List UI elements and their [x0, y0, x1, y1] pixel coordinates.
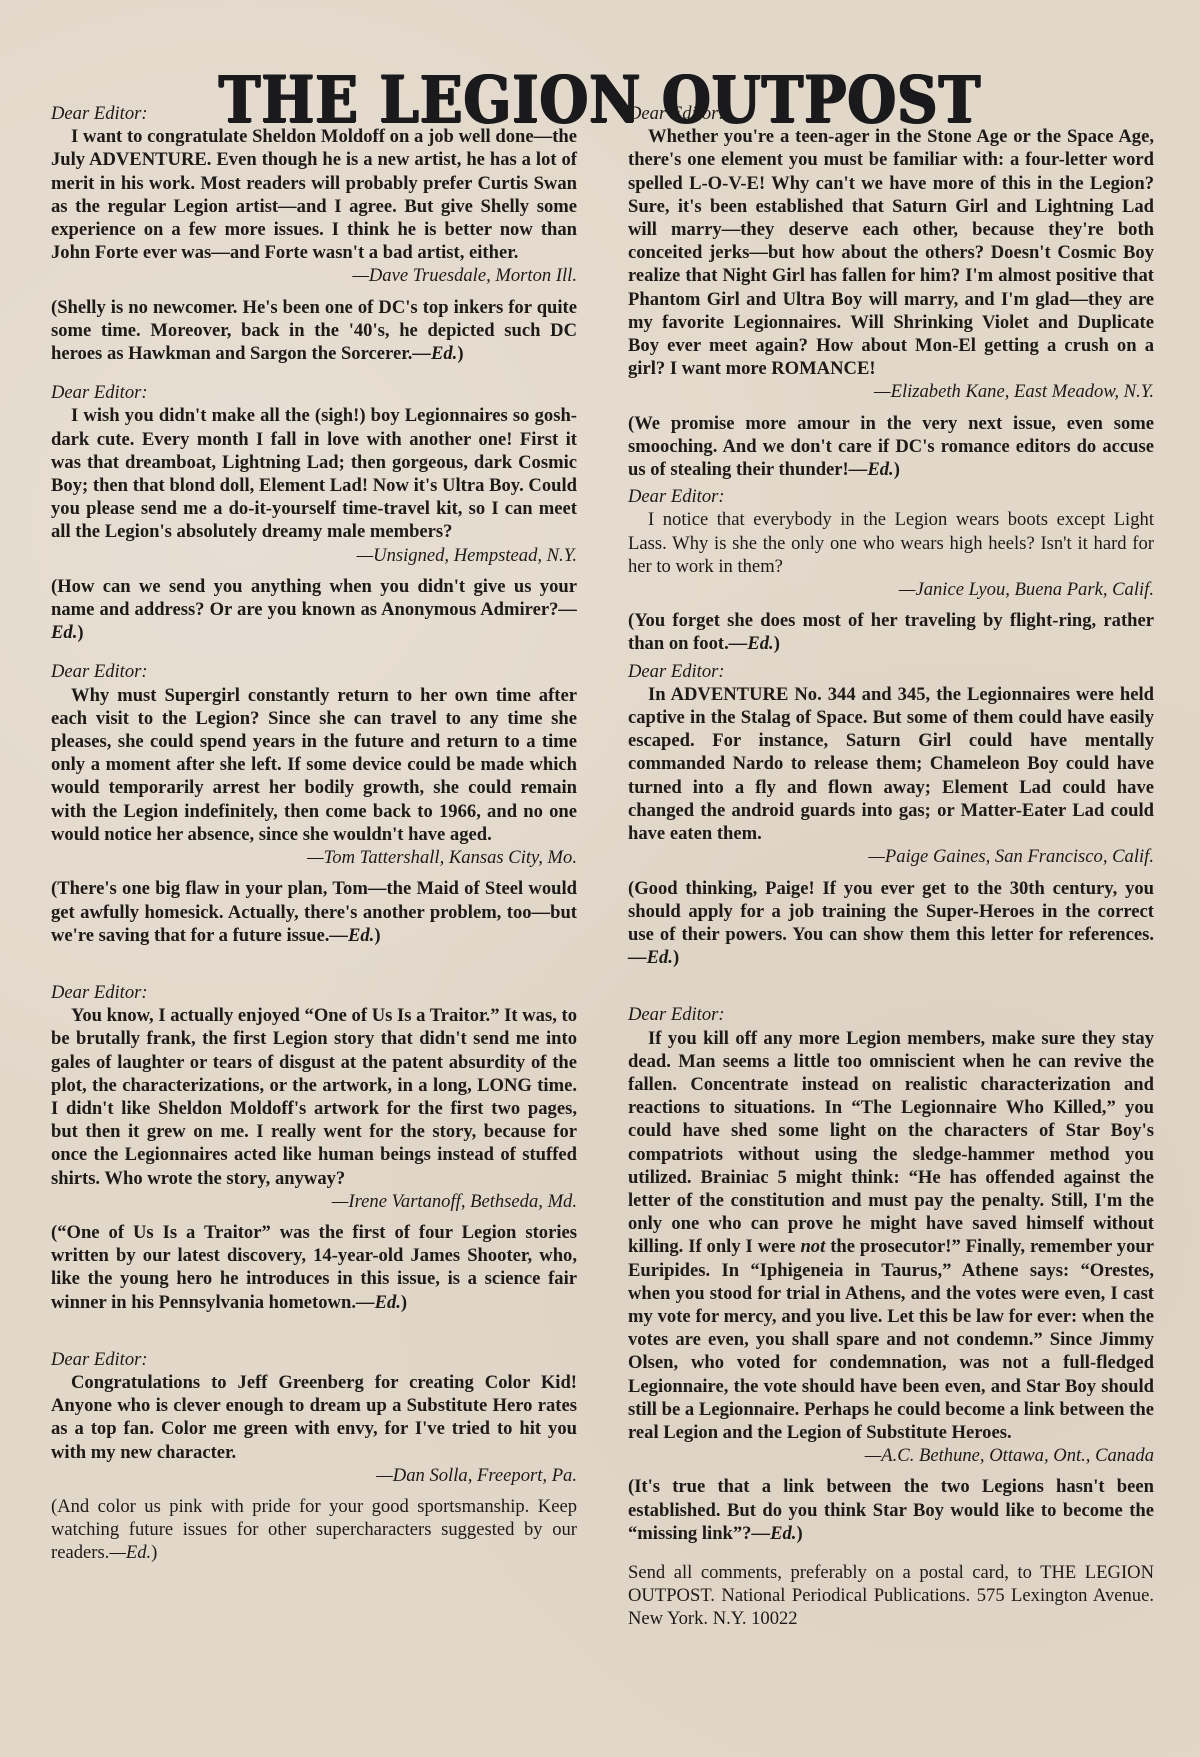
letter-body: Why must Supergirl constantly return to … — [51, 684, 577, 846]
letter: Dear Editor: Congratulations to Jeff Gre… — [51, 1348, 577, 1565]
letter: Dear Editor: Why must Supergirl constant… — [51, 660, 577, 946]
editor-reply-close: ) — [374, 925, 380, 946]
editor-reply-sign: —Ed. — [109, 1542, 151, 1563]
letter-body: I notice that everybody in the Legion we… — [628, 508, 1154, 578]
editor-reply-text: (Shelly is no newcomer. He's been one of… — [51, 297, 577, 364]
letter: Dear Editor: You know, I actually enjoye… — [51, 981, 577, 1314]
editor-reply-sign: —Ed. — [356, 1292, 401, 1313]
letter: Dear Editor: Whether you're a teen-ager … — [628, 102, 1154, 481]
editor-reply-text: (There's one big flaw in your plan, Tom—… — [51, 878, 577, 945]
letter: Dear Editor: I notice that everybody in … — [628, 485, 1154, 655]
editor-reply-close: ) — [457, 343, 463, 364]
editor-reply-sign: —Ed. — [849, 459, 894, 480]
editor-reply-text: (How can we send you anything when you d… — [51, 576, 577, 620]
editor-reply: (And color us pink with pride for your g… — [51, 1495, 577, 1565]
letter-signature: —Dan Solla, Freeport, Pa. — [51, 1464, 577, 1487]
letter-body: You know, I actually enjoyed “One of Us … — [51, 1004, 577, 1190]
letter-salutation: Dear Editor: — [51, 102, 577, 125]
editor-reply-sign: —Ed. — [628, 947, 673, 968]
letter: Dear Editor: In ADVENTURE No. 344 and 34… — [628, 660, 1154, 970]
letter-signature: —Irene Vartanoff, Bethseda, Md. — [51, 1190, 577, 1213]
left-column: Dear Editor: I want to congratulate Shel… — [51, 102, 577, 1581]
editor-reply-close: ) — [77, 622, 83, 643]
editor-reply-close: ) — [894, 459, 900, 480]
letter-salutation: Dear Editor: — [51, 660, 577, 683]
editor-reply-close: ) — [151, 1542, 157, 1563]
letter-salutation: Dear Editor: — [51, 381, 577, 404]
editor-reply-text: (“One of Us Is a Traitor” was the first … — [51, 1222, 577, 1313]
editor-reply: (Shelly is no newcomer. He's been one of… — [51, 296, 577, 366]
letter-body: If you kill off any more Legion members,… — [628, 1027, 1154, 1445]
letter-salutation: Dear Editor: — [51, 981, 577, 1004]
editor-reply-sign: —Ed. — [751, 1523, 796, 1544]
letter-salutation: Dear Editor: — [51, 1348, 577, 1371]
editor-reply-sign: —Ed. — [412, 343, 457, 364]
letter-signature: —Elizabeth Kane, East Meadow, N.Y. — [628, 380, 1154, 403]
letter-salutation: Dear Editor: — [628, 1003, 1154, 1026]
letter-body-text: the prosecutor!” Finally, remember your … — [628, 1236, 1154, 1443]
letter: Dear Editor: If you kill off any more Le… — [628, 1003, 1154, 1545]
letter-body: Whether you're a teen-ager in the Stone … — [628, 125, 1154, 380]
editor-reply: (How can we send you anything when you d… — [51, 575, 577, 645]
editor-reply-text: (You forget she does most of her traveli… — [628, 610, 1154, 654]
letter-signature: —Tom Tattershall, Kansas City, Mo. — [51, 846, 577, 869]
editor-reply: (You forget she does most of her traveli… — [628, 609, 1154, 655]
letter: Dear Editor: I want to congratulate Shel… — [51, 102, 577, 365]
letter-body: I want to congratulate Sheldon Moldoff o… — [51, 125, 577, 264]
editor-reply-sign: —Ed. — [329, 925, 374, 946]
letter-signature: —Paige Gaines, San Francisco, Calif. — [628, 845, 1154, 868]
letter-signature: —Janice Lyou, Buena Park, Calif. — [628, 578, 1154, 601]
letter-body-text: If you kill off any more Legion members,… — [628, 1028, 1154, 1258]
letter-salutation: Dear Editor: — [628, 102, 1154, 125]
letter-signature: —Dave Truesdale, Morton Ill. — [51, 264, 577, 287]
editor-reply: (There's one big flaw in your plan, Tom—… — [51, 877, 577, 947]
right-column: Dear Editor: Whether you're a teen-ager … — [628, 102, 1154, 1631]
editor-reply-close: ) — [774, 633, 780, 654]
letter-body-emphasis: not — [800, 1236, 825, 1257]
editor-reply: (“One of Us Is a Traitor” was the first … — [51, 1221, 577, 1314]
letter-body: I wish you didn't make all the (sigh!) b… — [51, 404, 577, 543]
letter-salutation: Dear Editor: — [628, 485, 1154, 508]
letter: Dear Editor: I wish you didn't make all … — [51, 381, 577, 644]
letter-body: In ADVENTURE No. 344 and 345, the Legion… — [628, 683, 1154, 845]
editor-reply-sign: —Ed. — [729, 633, 774, 654]
editor-reply: (It's true that a link between the two L… — [628, 1475, 1154, 1545]
mailing-address-note: Send all comments, preferably on a posta… — [628, 1561, 1154, 1631]
editor-reply-text: (It's true that a link between the two L… — [628, 1476, 1154, 1543]
editor-reply-text: (Good thinking, Paige! If you ever get t… — [628, 878, 1154, 945]
editor-reply: (We promise more amour in the very next … — [628, 412, 1154, 482]
editor-reply: (Good thinking, Paige! If you ever get t… — [628, 877, 1154, 970]
editor-reply-close: ) — [673, 947, 679, 968]
editor-reply-close: ) — [796, 1523, 802, 1544]
letter-signature: —A.C. Bethune, Ottawa, Ont., Canada — [628, 1444, 1154, 1467]
letter-body: Congratulations to Jeff Greenberg for cr… — [51, 1371, 577, 1464]
letter-signature: —Unsigned, Hempstead, N.Y. — [51, 544, 577, 567]
letter-salutation: Dear Editor: — [628, 660, 1154, 683]
editor-reply-close: ) — [401, 1292, 407, 1313]
